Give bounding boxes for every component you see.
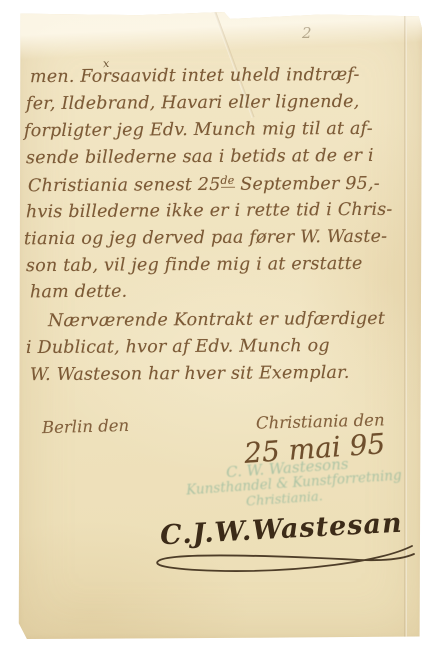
ordinal-superscript: de (220, 174, 234, 188)
handwritten-line: sende billederne saa i betids at de er i (26, 146, 374, 168)
handwritten-line: men. Forsaavidt intet uheld indtræf- (30, 65, 360, 87)
handwritten-line: Christiania senest 25de September 95,- (28, 173, 380, 196)
scan-background: { "annotations": { "x_mark": "x", "page_… (0, 0, 440, 654)
page-number-annotation: 2 (302, 24, 312, 42)
paper-top-light-band (5, 0, 440, 60)
handwritten-line: son tab, vil jeg finde mig i at erstatte (26, 254, 363, 276)
handwritten-line: hvis billederne ikke er i rette tid i Ch… (26, 200, 393, 223)
line-pre: Christiania senest 25 (28, 175, 221, 196)
document-paper: 2 x men. Forsaavidt intet uheld indtræf-… (18, 12, 422, 639)
handwritten-line: ham dette. (30, 282, 128, 303)
handwritten-line: forpligter jeg Edv. Munch mig til at af- (24, 119, 373, 141)
line-post: September 95,- (234, 174, 379, 195)
handwritten-line: i Dublicat, hvor af Edv. Munch og (26, 336, 330, 358)
dateline-berlin: Berlin den (42, 416, 130, 437)
handwritten-line: Nærværende Kontrakt er udfærdiget (48, 309, 385, 331)
handwritten-line: W. Wasteson har hver sit Exemplar. (30, 363, 350, 385)
signature-flourish (130, 540, 420, 580)
handwritten-line: tiania og jeg derved paa fører W. Waste- (24, 227, 387, 250)
handwritten-line: fer, Ildebrand, Havari eller lignende, (26, 92, 360, 114)
